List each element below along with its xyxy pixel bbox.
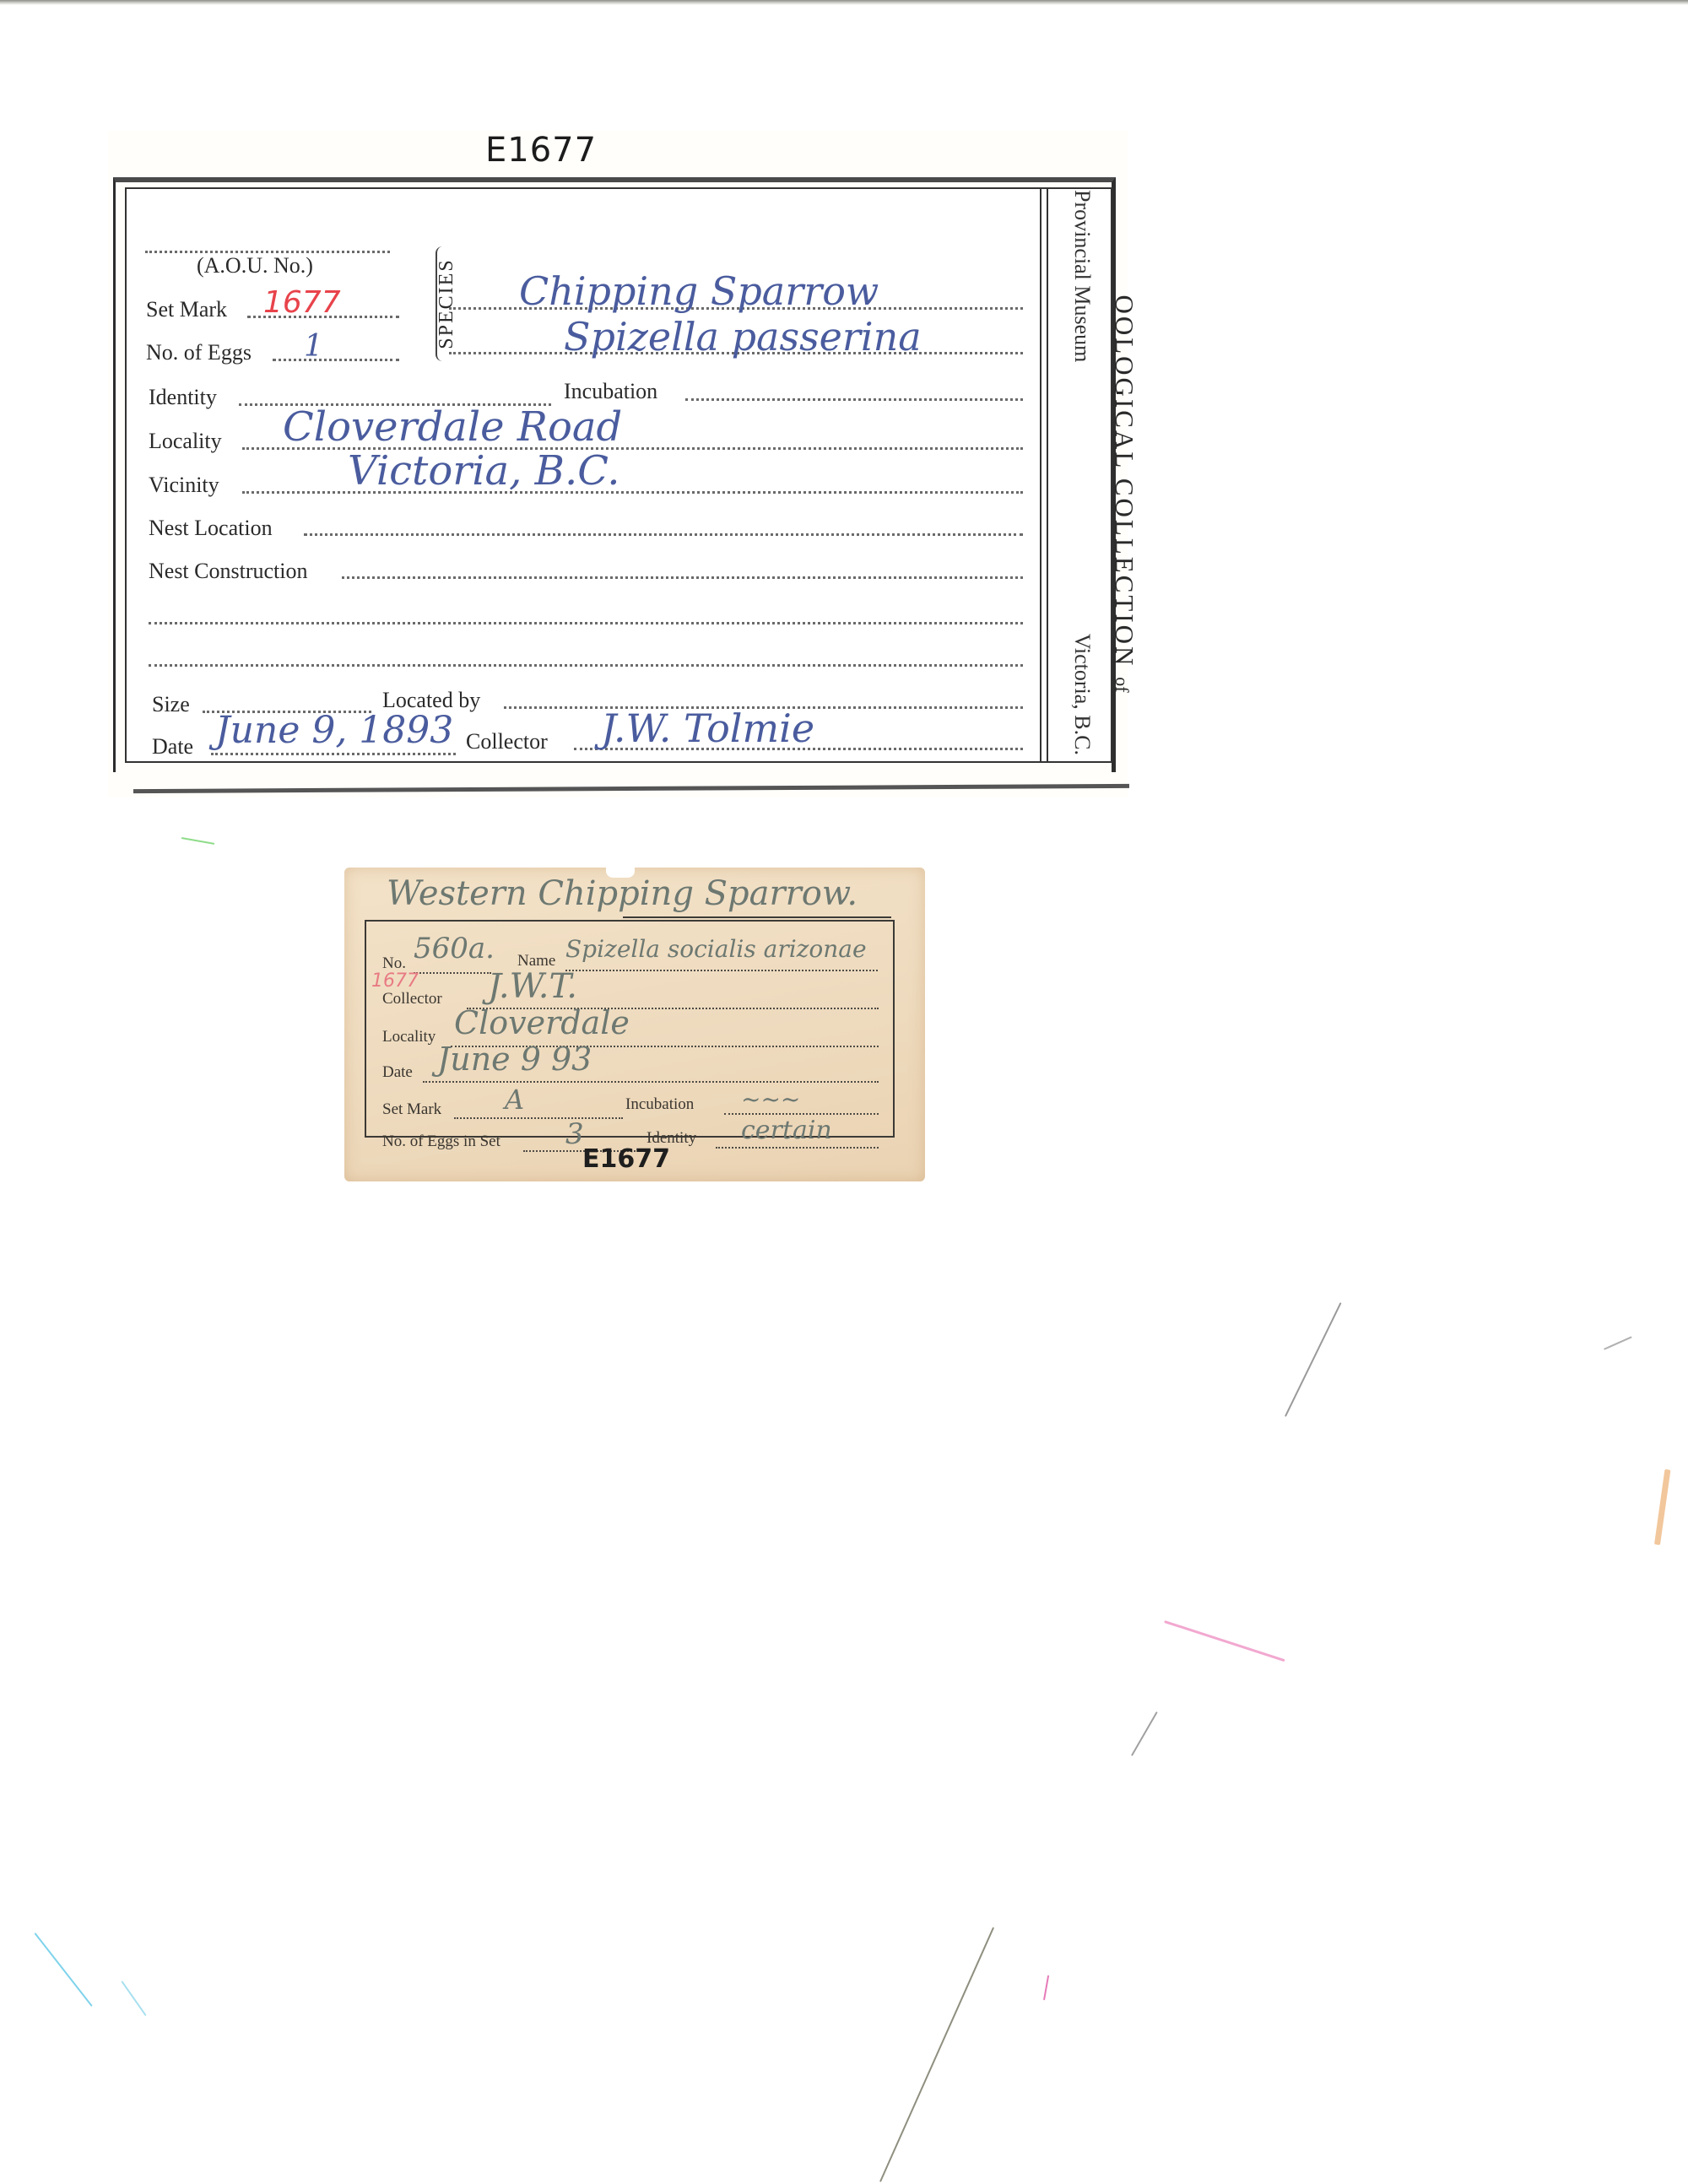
scan-streak	[1285, 1302, 1342, 1417]
museum-name: Provincial Museum	[1069, 190, 1095, 362]
species-brace	[436, 246, 446, 361]
blank-line	[149, 622, 1023, 624]
date-line	[423, 1081, 879, 1083]
specimen-card-original: Western Chipping Sparrow. No. 560a. Name…	[344, 868, 925, 1181]
collection-title-suffix: of	[1112, 677, 1133, 692]
set-mark-value: A	[505, 1084, 524, 1116]
locality-value: Cloverdale	[454, 1004, 630, 1041]
scan-edge	[0, 0, 1688, 5]
incubation-value: ~~~	[741, 1085, 800, 1113]
size-label: Size	[152, 692, 190, 717]
scan-streak	[1164, 1620, 1285, 1662]
incubation-label: Incubation	[564, 379, 657, 404]
nest-construction-label: Nest Construction	[149, 559, 308, 584]
identity-line	[716, 1147, 879, 1149]
set-mark-line	[454, 1117, 623, 1119]
institution-banner: OOLOGICAL COLLECTION of Provincial Museu…	[1059, 190, 1144, 755]
museum-location: Victoria, B.C.	[1070, 634, 1095, 755]
side-divider	[1040, 187, 1041, 763]
scan-streak	[181, 837, 215, 845]
collector-value: J.W. Tolmie	[601, 705, 814, 751]
header-rule	[623, 916, 891, 918]
aou-label: (A.O.U. No.)	[197, 253, 313, 278]
scan-streak	[1604, 1336, 1632, 1349]
locality-label: Locality	[149, 429, 222, 454]
identity-label: Identity	[149, 385, 217, 410]
eggs-label: No. of Eggs	[146, 340, 252, 365]
scan-streak	[34, 1933, 92, 2007]
scan-streak	[1131, 1711, 1158, 1756]
locality-value: Cloverdale Road	[283, 403, 622, 451]
date-value: June 9, 1893	[215, 709, 453, 752]
no-value: 560a.	[414, 932, 495, 965]
set-mark-label: Set Mark	[382, 1100, 441, 1119]
set-mark-label: Set Mark	[146, 297, 227, 322]
nest-location-label: Nest Location	[149, 516, 273, 541]
identity-value: certain	[741, 1116, 832, 1145]
nest-construction-line	[342, 576, 1023, 579]
name-value: Spizella socialis arizonae	[565, 935, 867, 963]
handwritten-header: Western Chipping Sparrow.	[387, 874, 858, 913]
collector-label: Collector	[382, 990, 442, 1008]
vicinity-label: Vicinity	[149, 473, 219, 498]
date-line	[211, 753, 456, 755]
date-value: June 9 93	[437, 1041, 592, 1078]
catalog-number: E1677	[582, 1144, 670, 1174]
scan-streak	[1654, 1469, 1670, 1545]
species-common-name: Chipping Sparrow	[519, 268, 879, 314]
scan-streak	[1043, 1975, 1049, 2000]
incubation-line	[724, 1113, 879, 1115]
blank-line	[149, 664, 1023, 667]
nest-location-line	[304, 533, 1023, 536]
eggs-value: 1	[304, 329, 323, 364]
species-label: SPECIES	[403, 253, 437, 354]
eggs-line	[273, 359, 399, 361]
side-divider	[1047, 187, 1048, 763]
incubation-line	[685, 398, 1023, 401]
red-annotation: 1677	[371, 970, 419, 992]
catalog-number: E1677	[485, 131, 654, 173]
eggs-label: No. of Eggs in Set	[382, 1133, 500, 1151]
collection-title: OOLOGICAL COLLECTION of	[1109, 241, 1139, 747]
species-scientific-name: Spizella passerina	[564, 314, 922, 359]
date-label: Date	[152, 734, 193, 760]
no-line	[414, 972, 491, 974]
incubation-label: Incubation	[625, 1095, 694, 1114]
collection-title-text: OOLOGICAL COLLECTION	[1110, 295, 1139, 668]
name-line	[565, 970, 878, 971]
collector-label: Collector	[466, 729, 548, 754]
locality-label: Locality	[382, 1028, 436, 1046]
scan-streak	[121, 1981, 146, 2016]
eggs-value: 3	[565, 1117, 584, 1151]
date-label: Date	[382, 1063, 413, 1082]
vicinity-value: Victoria, B.C.	[348, 447, 619, 495]
set-mark-value: 1677	[263, 285, 341, 320]
scan-streak	[879, 1927, 994, 2182]
collector-value: J.W.T.	[488, 967, 577, 1006]
